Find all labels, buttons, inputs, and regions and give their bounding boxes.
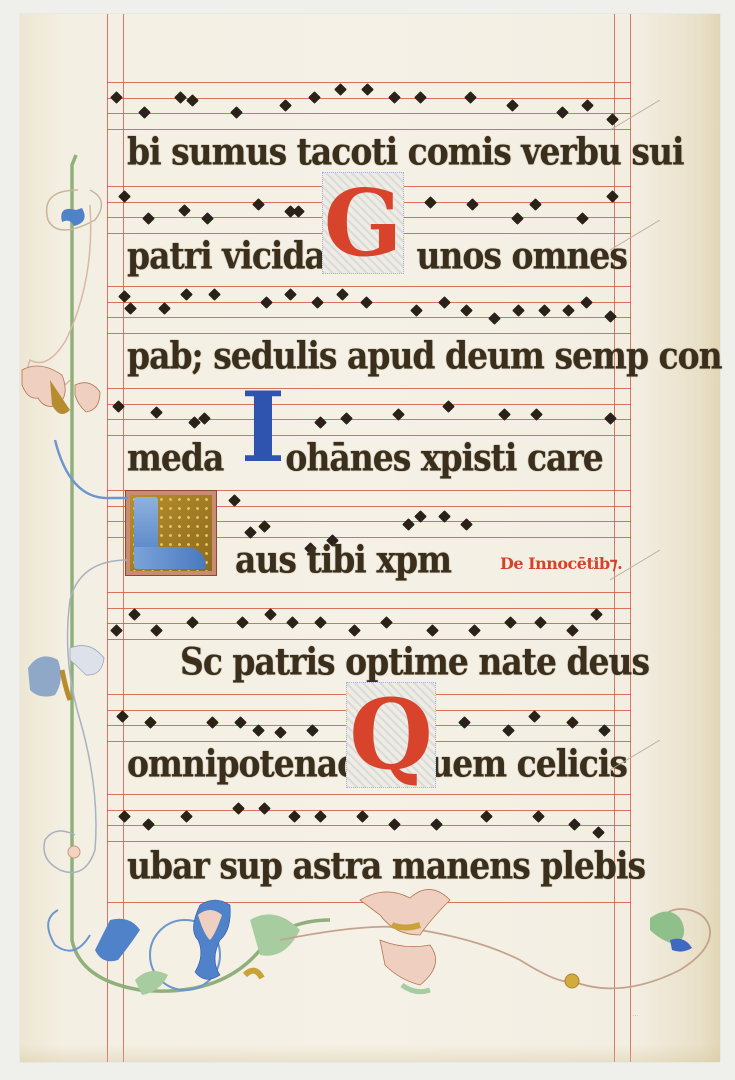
acanthus-border (0, 0, 735, 1080)
green-stem (72, 155, 330, 991)
